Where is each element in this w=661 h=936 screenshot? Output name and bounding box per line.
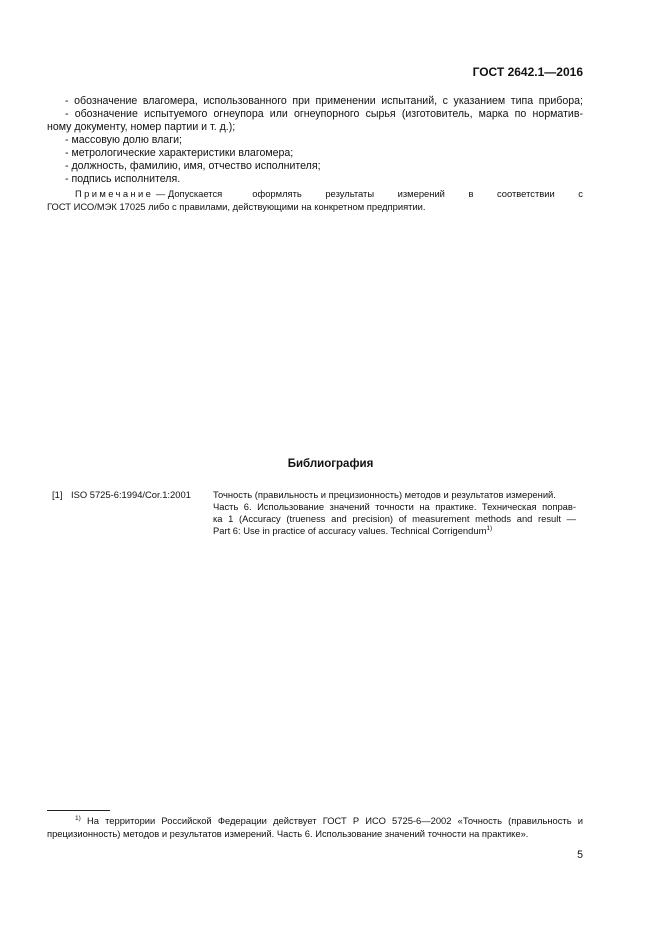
bib-entry-line: Точность (правильность и прецизионность)… xyxy=(213,489,556,502)
list-item: - массовую долю влаги; xyxy=(65,134,182,147)
list-item: - обозначение влагомера, использованного… xyxy=(47,95,583,108)
footnote-line-1: 1) На территории Российской Федерации де… xyxy=(47,815,583,828)
list-item: - должность, фамилию, имя, отчество испо… xyxy=(65,160,321,173)
list-item: - подпись исполнителя. xyxy=(65,173,180,186)
list-item: - обозначение испытуемого огнеупора или … xyxy=(47,108,583,121)
note-word: соответствии xyxy=(497,188,555,201)
note-label: Примечание xyxy=(75,188,153,199)
note-word: измерений xyxy=(398,188,445,201)
note-word: оформлять xyxy=(252,188,302,201)
bib-entry-line: Часть 6. Использование значений точности… xyxy=(213,501,576,514)
note-word: в xyxy=(468,188,473,201)
footnote-text: На территории Российской Федерации дейст… xyxy=(87,815,583,826)
note-text-rest: оформлятьрезультатыизмеренийвсоответстви… xyxy=(252,188,583,201)
bib-entry-line-text: Part 6: Use in practice of accuracy valu… xyxy=(213,525,486,536)
page-number: 5 xyxy=(570,849,583,861)
list-item-text: - обозначение испытуемого огнеупора или … xyxy=(65,108,583,120)
bibliography-title: Библиография xyxy=(0,458,661,470)
note-word: результаты xyxy=(325,188,374,201)
footnote-separator xyxy=(47,810,110,811)
footnote-marker: 1) xyxy=(75,815,81,822)
note-dash: — xyxy=(153,188,168,199)
bib-entry-line: Part 6: Use in practice of accuracy valu… xyxy=(213,525,492,538)
note-word: с xyxy=(578,188,583,201)
bib-entry-number: [1] xyxy=(52,489,62,502)
list-item-continuation: ному документу, номер партии и т. д.); xyxy=(47,121,235,134)
bib-entry-code: ISO 5725-6:1994/Cor.1:2001 xyxy=(71,489,191,502)
document-code-header: ГОСТ 2642.1—2016 xyxy=(440,65,583,79)
bib-entry-line: ка 1 (Accuracy (trueness and precision) … xyxy=(213,513,576,526)
list-item: - метрологические характеристики влагоме… xyxy=(65,147,293,160)
footnote-reference[interactable]: 1) xyxy=(486,525,492,532)
list-item-text: - обозначение влагомера, использованного… xyxy=(65,95,583,107)
note-line-2: ГОСТ ИСО/МЭК 17025 либо с правилами, дей… xyxy=(47,201,426,214)
note-text-start: Допускается xyxy=(168,188,222,199)
note-line-1: Примечание — Допускается оформлятьрезуль… xyxy=(75,188,583,201)
footnote-line-2: прецизионность) методов и результатов из… xyxy=(47,828,528,841)
